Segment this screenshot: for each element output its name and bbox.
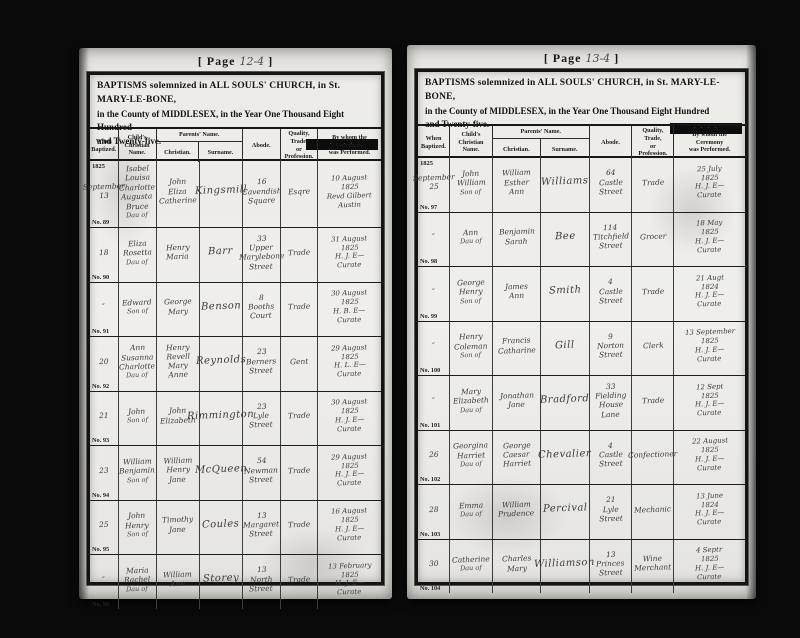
handwritten-line: Lane: [601, 409, 620, 419]
cell-child-name: IsabelLouisaCharlotteAugustaBruceDau of: [119, 161, 157, 227]
cell-abode: 23BernersStreet: [243, 337, 281, 391]
baptism-date: 20: [99, 356, 109, 366]
cell-quality: Trade: [281, 228, 318, 282]
column-header-line: Quality, Trade,: [282, 130, 316, 146]
handwritten-line: Dau of: [460, 460, 482, 469]
register-row: 23No. 94WilliamBenjaminSon ofWilliam Hen…: [90, 446, 381, 501]
handwritten-line: Henry Revell: [158, 342, 197, 362]
cell-abode: 13MargaretStreet: [243, 501, 281, 555]
cell-child-name: AnnSusannaCharlotteDau of: [119, 337, 157, 391]
handwritten-line: 21: [606, 495, 616, 505]
cell-child-name: CatherineDau of: [450, 540, 493, 594]
handwritten-line: Catherine: [159, 196, 197, 207]
entry-number: No. 97: [420, 204, 437, 211]
cell-parent-surname: Bradford: [541, 376, 589, 430]
baptism-date: 26: [429, 450, 439, 460]
cell-by-whom: 29 August1825H. J. E—Curate: [318, 446, 381, 500]
cell-quality: Confectioner: [632, 431, 674, 485]
page-label-prefix: [ Page: [544, 51, 582, 65]
handwritten-line: 1825: [340, 298, 358, 307]
handwritten-line: 31 August: [331, 234, 367, 244]
handwritten-line: 23: [256, 347, 266, 357]
handwritten-line: 8: [259, 293, 264, 303]
cell-by-whom: 30 August1825H. J. E—Curate: [318, 392, 381, 446]
quality-trade: Mechanic: [634, 504, 671, 515]
cell-parent-surname: Barr: [200, 228, 243, 282]
cell-quality: Trade: [281, 392, 318, 446]
handwritten-line: Dau of: [126, 584, 148, 593]
handwritten-line: John: [169, 406, 187, 416]
handwritten-line: Benjamin: [119, 466, 155, 477]
surname: Reynolds: [195, 354, 246, 368]
handwritten-line: Newman: [244, 465, 278, 476]
handwritten-line: Marylebone: [238, 251, 284, 262]
handwritten-line: William: [456, 178, 485, 188]
entry-number: No. 90: [92, 274, 109, 281]
handwritten-line: Revd Gilbert Austin: [320, 190, 379, 210]
handwritten-line: H. J. E—: [335, 415, 365, 425]
handwritten-line: H. J. E—: [695, 236, 725, 246]
register-row: 30No. 104CatherineDau ofCharlesMaryWilli…: [418, 540, 745, 594]
baptism-date: ″: [432, 232, 435, 241]
cell-parent-christian: FrancisCatharine: [493, 322, 541, 376]
handwritten-line: 1825: [340, 182, 358, 191]
column-header-line: Christian Name.: [120, 142, 155, 158]
quality-trade: Trade: [288, 247, 311, 257]
page-number-handwritten: 12-4: [239, 55, 264, 68]
entry-number: No. 99: [420, 313, 437, 320]
cell-by-whom: 12 Sept1825H. J. E—Curate: [674, 376, 745, 430]
handwritten-line: 13: [606, 550, 616, 560]
baptism-date: ″: [432, 396, 435, 405]
handwritten-line: Dau of: [460, 405, 482, 414]
column-header-row: WhenBaptized.Child'sChristian Name.Paren…: [90, 129, 381, 161]
handwritten-line: Street: [599, 350, 623, 360]
cell-parent-surname: Bee: [541, 213, 589, 267]
handwritten-line: Curate: [337, 479, 362, 489]
column-header-parents-group: Parents' Name.Christian.Surname.: [157, 129, 243, 162]
column-header-parents: Parents' Name.: [157, 129, 242, 142]
handwritten-line: 33: [256, 233, 266, 243]
entry-number: No. 101: [420, 422, 440, 429]
handwritten-line: Curate: [697, 300, 722, 310]
baptism-date: 21: [99, 411, 109, 421]
cell-quality: Wine Merchant: [632, 540, 674, 594]
entry-number: No. 93: [92, 437, 109, 444]
register-row: 28No. 103EmmaDau ofWilliamPrudencePerciv…: [418, 485, 745, 540]
register-page-right: [ Page 13-4 ] BAPTISMS solemnized in ALL…: [407, 45, 756, 599]
handwritten-line: Court: [250, 311, 272, 321]
handwritten-line: Street: [599, 296, 623, 306]
baptism-date: 23: [99, 465, 109, 475]
entry-number: No. 96: [92, 601, 109, 608]
cell-child-name: MaryElizabethDau of: [450, 376, 493, 430]
handwritten-line: Prudence: [498, 509, 534, 520]
handwritten-line: Son of: [126, 475, 147, 484]
handwritten-line: Curate: [697, 354, 722, 364]
handwritten-line: Rachel: [124, 575, 150, 585]
handwritten-line: Curate: [337, 261, 362, 271]
cell-when-baptized: ″No. 101: [418, 376, 450, 430]
cell-parent-christian: JamesAnn: [493, 267, 541, 321]
handwritten-line: Ann: [509, 291, 524, 301]
handwritten-line: 12 Sept: [696, 382, 724, 392]
cell-abode: 33Fielding HouseLane: [590, 376, 633, 430]
cell-parent-surname: Chevalier: [541, 431, 589, 485]
quality-trade: Trade: [642, 395, 665, 405]
handwritten-line: Benjamin: [498, 227, 534, 238]
column-header-child-name: Child'sChristian Name.: [119, 129, 157, 162]
column-header-line: Quality, Trade,: [633, 127, 672, 143]
handwritten-line: 54: [256, 456, 266, 466]
column-header-surname: Surname.: [199, 142, 242, 162]
cell-abode: 4CastleStreet: [590, 267, 633, 321]
register-row: 26No. 102GeorginaHarrietDau ofGeorgeCaes…: [418, 431, 745, 486]
column-header-line: Abode.: [591, 139, 631, 147]
handwritten-line: H. J. E—: [695, 563, 725, 573]
cell-when-baptized: 18No. 90: [90, 228, 119, 282]
column-header-line: Christian Name.: [451, 139, 491, 155]
cell-quality: Trade: [632, 158, 674, 212]
column-header-line: By whom the: [675, 131, 744, 139]
cell-when-baptized: ″No. 100: [418, 322, 450, 376]
cell-parent-christian: GeorgeCaesarHarriet: [493, 431, 541, 485]
handwritten-line: 13: [256, 511, 266, 521]
cell-quality: Trade: [281, 283, 318, 337]
cell-quality: Gent: [281, 337, 318, 391]
column-header-by-whom: By whom theCeremonywas Performed.: [674, 126, 745, 159]
cell-parent-christian: William HenryJane: [157, 446, 200, 500]
cell-child-name: EdwardSon of: [119, 283, 157, 337]
column-header-when: WhenBaptized.: [418, 126, 450, 159]
cell-child-name: JohnSon of: [119, 392, 157, 446]
column-header-surname: Surname.: [541, 139, 589, 159]
handwritten-line: 1825: [701, 337, 719, 346]
register-row: 1825September 13No. 89IsabelLouisaCharlo…: [90, 161, 381, 228]
handwritten-line: Mary: [506, 563, 526, 573]
register-page-left: [ Page 12-4 ] BAPTISMS solemnized in ALL…: [79, 48, 392, 599]
cell-when-baptized: 1825September 13No. 89: [90, 161, 119, 227]
cell-quality: Trade: [632, 376, 674, 430]
cell-when-baptized: 26No. 102: [418, 431, 450, 485]
cell-abode: 114TitchfieldStreet: [590, 213, 633, 267]
baptism-date: 18: [99, 247, 109, 257]
handwritten-line: Curate: [697, 518, 722, 528]
entry-number: No. 91: [92, 328, 109, 335]
register-row: ″No. 96MariaRachelDau ofWilliamAnnStorey…: [90, 555, 381, 609]
cell-when-baptized: 23No. 94: [90, 446, 119, 500]
year-printed: 1825: [420, 160, 433, 167]
baptism-date: 25: [99, 520, 109, 530]
register-table: WhenBaptized.Child'sChristian Name.Paren…: [418, 124, 745, 582]
cell-parent-surname: Coules: [200, 501, 243, 555]
handwritten-line: Charles: [502, 554, 532, 564]
title-line-2: in the County of MIDDLESEX, in the Year …: [425, 105, 738, 119]
handwritten-line: 9: [608, 332, 613, 342]
handwritten-line: Son of: [460, 187, 481, 196]
handwritten-line: 10 August: [331, 173, 367, 183]
surname: McQueen: [194, 463, 247, 477]
cell-parent-christian: WilliamPrudence: [493, 485, 541, 539]
handwritten-line: H. J. E—: [695, 454, 725, 464]
baptism-date: ″: [432, 341, 435, 350]
quality-trade: Trade: [288, 465, 311, 475]
column-header-line: or: [633, 143, 672, 151]
column-header-quality: Quality, Trade,orProfession.: [632, 126, 674, 159]
cell-quality: Trade: [281, 501, 318, 555]
cell-by-whom: 21 Augt1824H. J. E—Curate: [674, 267, 745, 321]
entry-number: No. 95: [92, 546, 109, 553]
handwritten-line: Henry: [459, 287, 483, 297]
cell-parent-surname: Williamson: [541, 540, 589, 594]
cell-parent-christian: WilliamAnn: [157, 555, 200, 609]
column-header-line: By whom the: [319, 134, 380, 142]
handwritten-line: Son of: [126, 416, 147, 425]
cell-when-baptized: 1825September 25No. 97: [418, 158, 450, 212]
cell-by-whom: 13 September1825H. J. E—Curate: [674, 322, 745, 376]
register-row: ″No. 100HenryColemanSon ofFrancisCathari…: [418, 322, 745, 377]
column-header-line: Ceremony: [675, 139, 744, 147]
register-frame: BAPTISMS solemnized in ALL SOULS' CHURCH…: [415, 69, 748, 585]
quality-trade: Esqre: [288, 186, 310, 196]
cell-by-whom: 4 Septr1825H. J. E—Curate: [674, 540, 745, 594]
page-label: [ Page 13-4 ]: [407, 51, 756, 66]
cell-parent-christian: TimothyJane: [157, 501, 200, 555]
column-header-line: was Performed.: [675, 146, 744, 154]
register-row: 25No. 95JohnHenrySon ofTimothyJaneCoules…: [90, 501, 381, 556]
surname: Percival: [542, 502, 587, 516]
entry-number: No. 104: [420, 585, 440, 592]
handwritten-line: Harriet: [502, 459, 530, 469]
quality-trade: Confectioner: [628, 449, 678, 460]
handwritten-line: 29 August: [331, 452, 367, 462]
column-header-abode: Abode.: [590, 126, 633, 159]
surname: Barr: [208, 246, 233, 259]
cell-when-baptized: ″No. 91: [90, 283, 119, 337]
register-row: 18No. 90ElizaRosettaDau ofHenryMariaBarr…: [90, 228, 381, 283]
column-header-line: or: [282, 146, 316, 154]
cell-quality: Esqre: [281, 161, 318, 227]
column-header-parents: Parents' Name.: [493, 126, 589, 139]
handwritten-line: Esther: [504, 177, 530, 187]
cell-parent-christian: HenryMaria: [157, 228, 200, 282]
handwritten-line: 25 July: [697, 164, 722, 174]
handwritten-line: 23: [256, 402, 266, 412]
handwritten-line: Jane: [169, 475, 186, 485]
title-line-1: BAPTISMS solemnized in ALL SOULS' CHURCH…: [425, 76, 738, 105]
surname: Smith: [548, 284, 581, 298]
handwritten-line: Son of: [126, 530, 147, 539]
cell-child-name: AnnDau of: [450, 213, 493, 267]
cell-parent-surname: Rimmington: [200, 392, 243, 446]
handwritten-line: Timothy: [162, 515, 193, 525]
parents-subheaders: Christian.Surname.: [157, 142, 242, 162]
handwritten-line: 21 Augt: [695, 273, 723, 283]
handwritten-line: Curate: [697, 245, 722, 255]
cell-abode: 13PrincesStreet: [590, 540, 633, 594]
cell-abode: 21Lyle Street: [590, 485, 633, 539]
baptism-date: 28: [429, 504, 439, 514]
cell-parent-surname: Percival: [541, 485, 589, 539]
handwritten-line: H. J. E—: [335, 524, 365, 534]
surname: Williams: [541, 175, 589, 189]
column-header-line: When: [419, 135, 448, 143]
cell-child-name: EmmaDau of: [450, 485, 493, 539]
handwritten-line: 1825: [701, 446, 719, 455]
handwritten-line: Curate: [697, 572, 722, 582]
handwritten-line: Fielding House: [591, 390, 629, 410]
cell-when-baptized: 25No. 95: [90, 501, 119, 555]
handwritten-line: Street: [249, 529, 273, 539]
cell-child-name: GeorgeHenrySon of: [450, 267, 493, 321]
handwritten-line: Mary: [167, 306, 187, 316]
handwritten-line: 16: [256, 177, 266, 187]
cell-parent-christian: JohnElizaCatherine: [157, 161, 200, 227]
handwritten-line: William Henry: [158, 456, 197, 476]
cell-abode: 54NewmanStreet: [243, 446, 281, 500]
cell-by-whom: 13 June1824H. J. E—Curate: [674, 485, 745, 539]
handwritten-line: Henry: [459, 332, 483, 342]
quality-trade: Trade: [288, 411, 311, 421]
column-header-line: Ceremony: [319, 142, 380, 150]
cell-by-whom: 29 August1825H. L. E—Curate: [318, 337, 381, 391]
handwritten-line: Dau of: [460, 564, 482, 573]
cell-parent-surname: Kingsmill: [200, 161, 243, 227]
page-number-handwritten: 13-4: [585, 52, 610, 65]
quality-trade: Trade: [642, 177, 665, 187]
handwritten-line: Rosetta: [122, 248, 151, 258]
page-label-prefix: [ Page: [198, 54, 236, 68]
handwritten-line: 4: [608, 277, 613, 287]
handwritten-line: 1825: [701, 555, 719, 564]
handwritten-line: 13 June: [696, 491, 723, 501]
cell-parent-surname: Reynolds: [200, 337, 243, 391]
cell-quality: Trade: [632, 267, 674, 321]
handwritten-line: Street: [599, 568, 623, 578]
handwritten-line: Dau of: [126, 371, 148, 380]
quality-trade: Trade: [642, 286, 665, 296]
column-header-abode: Abode.: [243, 129, 281, 162]
column-header-by-whom: By whom theCeremonywas Performed.: [318, 129, 381, 162]
cell-parent-christian: GeorgeMary: [157, 283, 200, 337]
handwritten-line: Maria: [166, 252, 189, 262]
quality-trade: Clerk: [642, 341, 663, 351]
entry-number: No. 100: [420, 367, 440, 374]
handwritten-line: Curate: [337, 315, 362, 325]
cell-parent-surname: Storey: [200, 555, 243, 609]
surname: Benson: [200, 300, 241, 314]
cell-when-baptized: ″No. 96: [90, 555, 119, 609]
cell-parent-christian: Henry RevellMary Anne: [157, 337, 200, 391]
cell-when-baptized: ″No. 98: [418, 213, 450, 267]
handwritten-line: 1825: [340, 407, 358, 416]
handwritten-line: Augusta: [121, 192, 153, 202]
title-line-1: BAPTISMS solemnized in ALL SOULS' CHURCH…: [97, 79, 374, 108]
handwritten-line: Street: [249, 420, 273, 430]
handwritten-line: Mary Anne: [158, 361, 197, 381]
baptism-date: ″: [102, 302, 105, 311]
column-header-line: Child's: [120, 134, 155, 142]
register-row: 1825September 25No. 97JohnWilliamSon ofW…: [418, 158, 745, 213]
cell-child-name: ElizaRosettaDau of: [119, 228, 157, 282]
handwritten-line: Dau of: [126, 257, 148, 266]
cell-quality: Trade: [281, 555, 318, 609]
handwritten-line: Street: [249, 261, 273, 271]
register-row: 20No. 92AnnSusannaCharlotteDau ofHenry R…: [90, 337, 381, 392]
handwritten-line: Street: [249, 366, 273, 376]
column-header-line: Profession.: [282, 153, 316, 161]
column-header-line: was Performed.: [319, 149, 380, 157]
column-header-line: Profession.: [633, 150, 672, 158]
quality-trade: Trade: [288, 302, 311, 312]
quality-trade: Trade: [288, 520, 311, 530]
page-label-suffix: ]: [268, 54, 273, 68]
handwritten-line: Curate: [697, 409, 722, 419]
column-header-christian: Christian.: [157, 142, 200, 162]
handwritten-line: Curate: [337, 424, 362, 434]
cell-child-name: JohnWilliamSon of: [450, 158, 493, 212]
handwritten-line: 4: [608, 441, 613, 451]
column-header-line: Baptized.: [419, 143, 448, 151]
handwritten-line: Jane: [169, 524, 186, 534]
cell-child-name: JohnHenrySon of: [119, 501, 157, 555]
handwritten-line: Dau of: [460, 237, 482, 246]
page-label-suffix: ]: [614, 51, 619, 65]
surname: Storey: [202, 572, 239, 586]
column-header-quality: Quality, Trade,orProfession.: [281, 129, 318, 162]
cell-abode: 64CastleStreet: [590, 158, 633, 212]
quality-trade: Trade: [288, 574, 311, 584]
handwritten-line: H. J. E—: [695, 345, 725, 355]
cell-abode: 13NorthStreet: [243, 555, 281, 609]
handwritten-line: Square: [248, 196, 276, 206]
handwritten-line: Lyle Street: [591, 504, 629, 524]
handwritten-line: Curate: [337, 533, 362, 543]
entry-number: No. 98: [420, 258, 437, 265]
cell-quality: Clerk: [632, 322, 674, 376]
entry-number: No. 92: [92, 383, 109, 390]
cell-quality: Mechanic: [632, 485, 674, 539]
cell-by-whom: 30 August1825H. B. E—Curate: [318, 283, 381, 337]
cell-when-baptized: 30No. 104: [418, 540, 450, 594]
cell-by-whom: 31 August1825H. J. E—Curate: [318, 228, 381, 282]
handwritten-line: 1825: [701, 228, 719, 237]
cell-parent-surname: Benson: [200, 283, 243, 337]
column-header-line: Abode.: [244, 142, 279, 150]
handwritten-line: Dau of: [126, 210, 148, 219]
cell-child-name: HenryColemanSon of: [450, 322, 493, 376]
cell-child-name: MariaRachelDau of: [119, 555, 157, 609]
cell-parent-surname: Smith: [541, 267, 589, 321]
cell-child-name: WilliamBenjaminSon of: [119, 446, 157, 500]
cell-when-baptized: 21No. 93: [90, 392, 119, 446]
column-header-line: Child's: [451, 131, 491, 139]
register-row: ″No. 91EdwardSon ofGeorgeMaryBenson8Boot…: [90, 283, 381, 338]
handwritten-line: Street: [249, 584, 273, 594]
column-header-parents-group: Parents' Name.Christian.Surname.: [493, 126, 590, 159]
column-header-row: WhenBaptized.Child'sChristian Name.Paren…: [418, 126, 745, 158]
cell-quality: Trade: [281, 446, 318, 500]
handwritten-line: 64: [606, 168, 616, 178]
entry-number: No. 89: [92, 219, 109, 226]
handwritten-line: Street: [599, 459, 623, 469]
surname: Gill: [555, 339, 575, 352]
register-row: 21No. 93JohnSon ofJohnElizabethRimmingto…: [90, 392, 381, 447]
handwritten-line: 13 February: [328, 561, 372, 571]
baptism-date: ″: [102, 575, 105, 584]
cell-abode: 4CastleStreet: [590, 431, 633, 485]
cell-by-whom: 25 July1825H. J. E—Curate: [674, 158, 745, 212]
